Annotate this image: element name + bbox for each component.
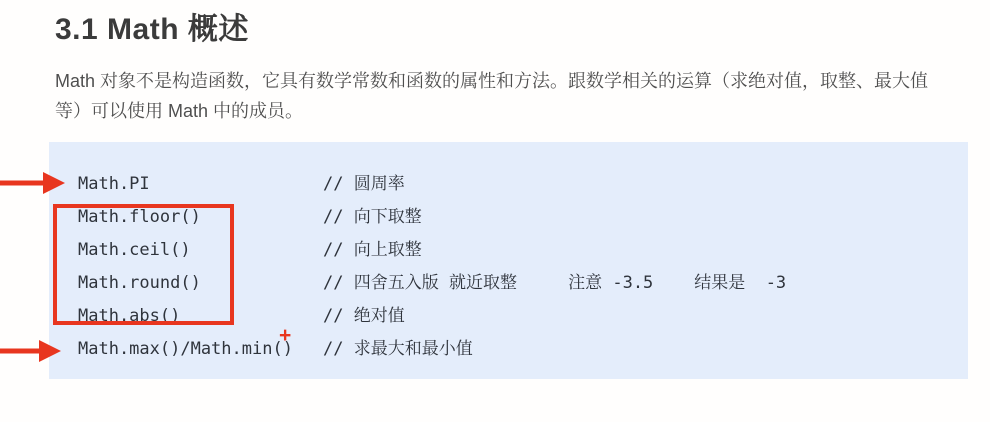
code-text: Math.round(): [78, 267, 323, 300]
intro-paragraph-line: Math 对象不是构造函数，它具有数学常数和函数的属性和方法。跟数学相关的运算（…: [55, 66, 955, 96]
page-title: 3.1 Math 概述: [55, 4, 249, 48]
comment-text: // 向下取整: [323, 201, 422, 234]
code-line-math-ceil: Math.ceil() // 向上取整: [78, 234, 968, 267]
code-block: Math.PI // 圆周率 Math.floor() // 向下取整 Math…: [49, 142, 968, 379]
comment-text: // 圆周率: [323, 168, 405, 201]
code-text: Math.PI: [78, 168, 323, 201]
comment-text: // 向上取整: [323, 234, 422, 267]
code-line-math-max-min: Math.max()/Math.min() // 求最大和最小值: [78, 333, 968, 366]
code-line-math-pi: Math.PI // 圆周率: [78, 168, 968, 201]
code-text: Math.ceil(): [78, 234, 323, 267]
comment-text: // 四舍五入版 就近取整 注意 -3.5 结果是 -3: [323, 267, 786, 300]
code-text: Math.floor(): [78, 201, 323, 234]
comment-text: // 求最大和最小值: [323, 333, 473, 366]
intro-paragraph-line: 等）可以使用 Math 中的成员。: [55, 96, 955, 126]
code-text: Math.max()/Math.min(): [78, 333, 323, 366]
document-page: 3.1 Math 概述 Math 对象不是构造函数，它具有数学常数和函数的属性和…: [0, 0, 990, 422]
code-line-math-abs: Math.abs() // 绝对值: [78, 300, 968, 333]
intro-paragraph: Math 对象不是构造函数，它具有数学常数和函数的属性和方法。跟数学相关的运算（…: [55, 66, 955, 126]
code-line-math-round: Math.round() // 四舍五入版 就近取整 注意 -3.5 结果是 -…: [78, 267, 968, 300]
comment-text: // 绝对值: [323, 300, 405, 333]
code-text: Math.abs(): [78, 300, 323, 333]
code-line-math-floor: Math.floor() // 向下取整: [78, 201, 968, 234]
